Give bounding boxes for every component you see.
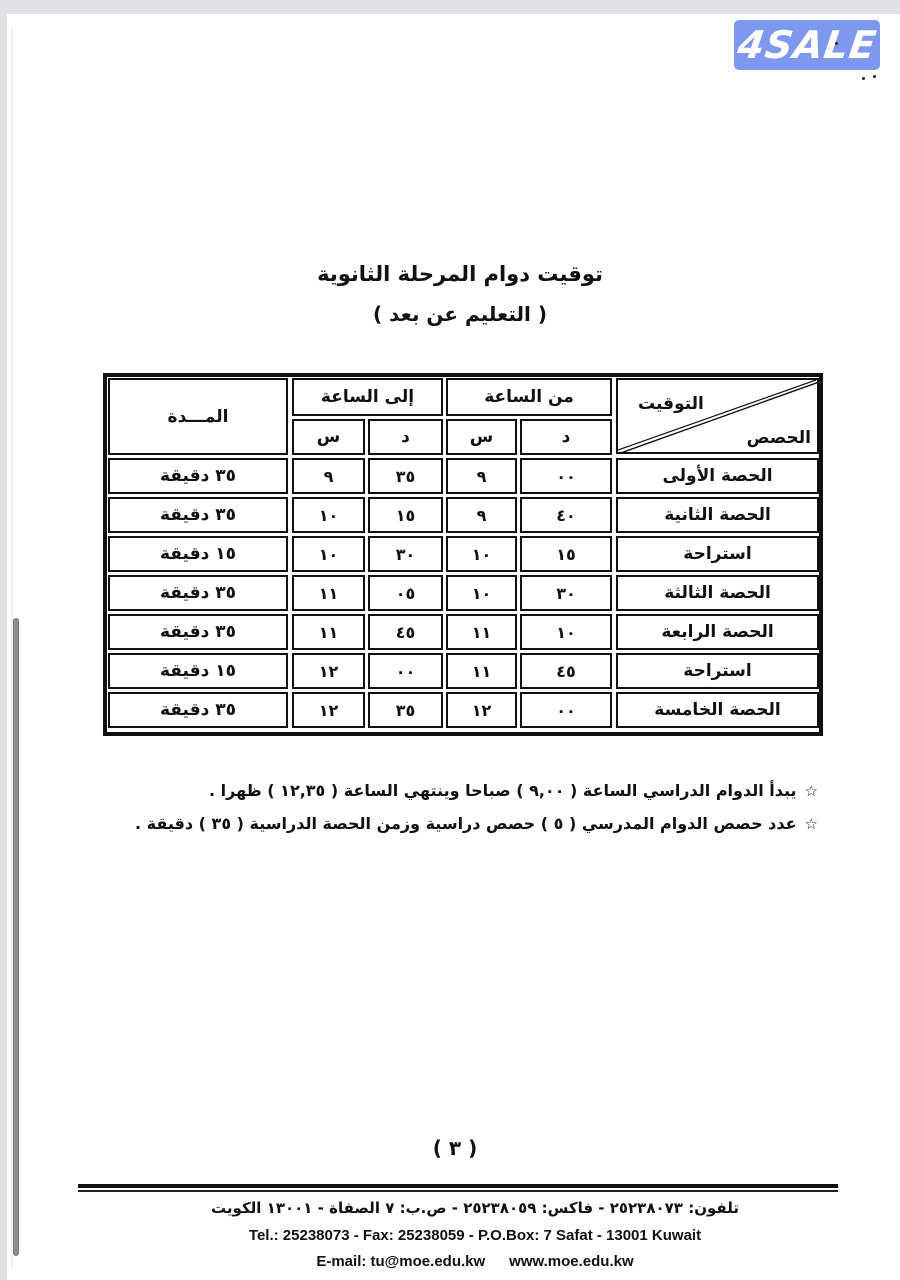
row-2-to-minute: ١٥ xyxy=(368,497,443,533)
page-number: ( ٣ ) xyxy=(400,1136,510,1160)
row-3-from-hour: ١٠ xyxy=(446,536,517,572)
note-1: ☆يبدأ الدوام الدراسي الساعة ( ٩,٠٠ ) صبا… xyxy=(209,781,818,800)
row-1-duration: ٣٥ دقيقة xyxy=(108,458,288,494)
note-2-text: عدد حصص الدوام المدرسي ( ٥ ) حصص دراسية … xyxy=(135,814,797,833)
viewer-top-frame xyxy=(0,0,900,14)
row-4-to-minute: ٠٥ xyxy=(368,575,443,611)
row-4-from-minute: ٣٠ xyxy=(520,575,612,611)
header-to-time: إلى الساعة xyxy=(292,378,443,416)
row-2-duration: ٣٥ دقيقة xyxy=(108,497,288,533)
footer-email: E-mail: tu@moe.edu.kw xyxy=(316,1253,485,1270)
footer-divider-thin xyxy=(78,1190,838,1192)
header-timing-label: التوقيت xyxy=(638,394,704,414)
header-duration: المـــدة xyxy=(108,378,288,455)
row-4-to-hour: ١١ xyxy=(292,575,365,611)
document-title: توقيت دوام المرحلة الثانوية xyxy=(250,262,670,286)
row-7-period: الحصة الخامسة xyxy=(616,692,819,728)
row-1-to-minute: ٣٥ xyxy=(368,458,443,494)
row-5-from-minute: ١٠ xyxy=(520,614,612,650)
row-5-from-hour: ١١ xyxy=(446,614,517,650)
row-5-period: الحصة الرابعة xyxy=(616,614,819,650)
scan-speck xyxy=(862,77,865,80)
row-3-to-hour: ١٠ xyxy=(292,536,365,572)
row-6-from-hour: ١١ xyxy=(446,653,517,689)
row-3-to-minute: ٣٠ xyxy=(368,536,443,572)
footer-web-contact: E-mail: tu@moe.edu.kwwww.moe.edu.kw xyxy=(150,1253,800,1270)
row-1-to-hour: ٩ xyxy=(292,458,365,494)
row-7-to-minute: ٣٥ xyxy=(368,692,443,728)
row-7-duration: ٣٥ دقيقة xyxy=(108,692,288,728)
row-6-period: استراحة xyxy=(616,653,819,689)
header-from-time: من الساعة xyxy=(446,378,612,416)
row-7-from-minute: ٠٠ xyxy=(520,692,612,728)
star-bullet-icon: ☆ xyxy=(805,782,818,800)
row-1-from-minute: ٠٠ xyxy=(520,458,612,494)
row-7-from-hour: ١٢ xyxy=(446,692,517,728)
row-1-period: الحصة الأولى xyxy=(616,458,819,494)
scan-speck xyxy=(835,42,838,45)
row-7-to-hour: ١٢ xyxy=(292,692,365,728)
row-6-to-hour: ١٢ xyxy=(292,653,365,689)
header-from-minute: د xyxy=(520,419,612,455)
header-periods-label: الحصص xyxy=(747,428,811,448)
footer-arabic-contact: تلفون: ٢٥٢٣٨٠٧٣ - فاكس: ٢٥٢٣٨٠٥٩ - ص.ب: … xyxy=(150,1199,800,1217)
row-4-period: الحصة الثالثة xyxy=(616,575,819,611)
row-6-duration: ١٥ دقيقة xyxy=(108,653,288,689)
star-bullet-icon: ☆ xyxy=(805,815,818,833)
viewer-left-frame xyxy=(0,14,7,1280)
scan-speck xyxy=(873,75,876,78)
header-to-minute: د xyxy=(368,419,443,455)
row-6-from-minute: ٤٥ xyxy=(520,653,612,689)
row-4-from-hour: ١٠ xyxy=(446,575,517,611)
header-to-hour: س xyxy=(292,419,365,455)
note-1-text: يبدأ الدوام الدراسي الساعة ( ٩,٠٠ ) صباح… xyxy=(209,781,797,800)
note-2: ☆عدد حصص الدوام المدرسي ( ٥ ) حصص دراسية… xyxy=(135,814,818,833)
row-2-to-hour: ١٠ xyxy=(292,497,365,533)
row-2-from-minute: ٤٠ xyxy=(520,497,612,533)
row-1-from-hour: ٩ xyxy=(446,458,517,494)
header-corner-cell: التوقيت الحصص xyxy=(616,378,819,454)
footer-divider-thick xyxy=(78,1184,838,1188)
document-subtitle: ( التعليم عن بعد ) xyxy=(250,302,670,326)
row-5-duration: ٣٥ دقيقة xyxy=(108,614,288,650)
row-3-from-minute: ١٥ xyxy=(520,536,612,572)
row-4-duration: ٣٥ دقيقة xyxy=(108,575,288,611)
watermark-logo: 4SALE xyxy=(734,20,880,70)
row-5-to-hour: ١١ xyxy=(292,614,365,650)
row-3-duration: ١٥ دقيقة xyxy=(108,536,288,572)
row-2-from-hour: ٩ xyxy=(446,497,517,533)
vertical-scrollbar-thumb[interactable] xyxy=(13,618,19,1256)
row-6-to-minute: ٠٠ xyxy=(368,653,443,689)
footer-website: www.moe.edu.kw xyxy=(509,1253,633,1270)
row-3-period: استراحة xyxy=(616,536,819,572)
logo-text: 4SALE xyxy=(735,23,880,67)
schedule-table: التوقيت الحصص من الساعة د س إلى الساعة د… xyxy=(103,373,823,736)
row-2-period: الحصة الثانية xyxy=(616,497,819,533)
row-5-to-minute: ٤٥ xyxy=(368,614,443,650)
header-from-hour: س xyxy=(446,419,517,455)
footer-english-contact: Tel.: 25238073 - Fax: 25238059 - P.O.Box… xyxy=(150,1227,800,1244)
